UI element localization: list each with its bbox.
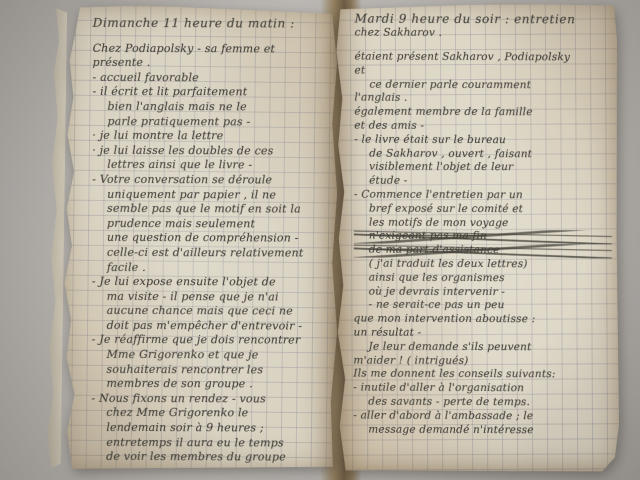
notebook-photo: Dimanche 11 heure du matin :Chez Podiapo… bbox=[0, 0, 640, 480]
handwritten-line: chez Sakharov . bbox=[355, 26, 613, 41]
handwritten-line: - il écrit et lit parfaitement bbox=[92, 85, 330, 100]
handwritten-line: · je lui laisse les doubles de ces bbox=[92, 143, 330, 158]
handwritten-line: étude - bbox=[354, 175, 612, 190]
handwritten-line: Je leur demande s'ils peuvent bbox=[353, 340, 611, 355]
handwritten-line: Mardi 9 heure du soir : entretien bbox=[355, 13, 613, 28]
right-page: Mardi 9 heure du soir : entretienchez Sa… bbox=[335, 3, 619, 472]
handwritten-line: semble pas que le motif en soit la bbox=[92, 202, 330, 217]
handwritten-line: lendemain soir à 9 heures ; bbox=[91, 421, 329, 436]
handwritten-line: - le livre était sur le bureau bbox=[354, 133, 612, 148]
handwritten-line: souhaiterais rencontrer les bbox=[91, 362, 329, 377]
handwritten-line: prudence mais seulement bbox=[92, 216, 330, 231]
handwritten-line: des savants - perte de temps. bbox=[353, 396, 611, 411]
handwritten-line: bien l'anglais mais ne le bbox=[92, 100, 330, 115]
handwritten-line: présente . bbox=[93, 56, 331, 71]
handwritten-line: où je devrais intervenir - bbox=[354, 285, 612, 300]
handwritten-line: lettres ainsi que le livre - bbox=[92, 158, 330, 173]
handwritten-line: facile . bbox=[92, 260, 330, 275]
handwritten-line: uniquement par papier , il ne bbox=[92, 187, 330, 202]
handwritten-line: · je lui montre la lettre bbox=[92, 129, 330, 144]
handwritten-line: de Sakharov , ouvert , faisant bbox=[354, 147, 612, 162]
handwritten-line: Mme Grigorenko et que je bbox=[92, 348, 330, 363]
handwritten-line: une question de compréhension - bbox=[92, 231, 330, 246]
handwritten-line: entretemps il aura eu le temps bbox=[91, 435, 329, 450]
handwritten-line: - inutile d'aller à l'organisation bbox=[353, 382, 611, 397]
handwritten-line: que mon intervention aboutisse : bbox=[354, 313, 612, 328]
handwritten-line: ainsi que les organismes bbox=[354, 271, 612, 286]
handwritten-line: membres de son groupe . bbox=[91, 377, 329, 392]
handwritten-line: n'exigeant pas ma fin bbox=[354, 230, 612, 245]
handwritten-line: chez Mme Grigorenko le bbox=[91, 406, 329, 421]
handwritten-line: celle-ci est d'ailleurs relativement bbox=[92, 246, 330, 261]
left-page: Dimanche 11 heure du matin :Chez Podiapo… bbox=[56, 5, 341, 472]
left-page-handwriting: Dimanche 11 heure du matin :Chez Podiapo… bbox=[91, 16, 331, 466]
handwritten-line: de voir les membres du groupe bbox=[91, 450, 329, 465]
handwritten-line: - Je lui expose ensuite l'objet de bbox=[92, 275, 330, 290]
handwritten-line: message demandé n'intéresse bbox=[353, 423, 611, 438]
handwritten-line: Chez Podiapolsky - sa femme et bbox=[93, 41, 331, 56]
handwritten-line: de ma part d'assistance bbox=[354, 244, 612, 259]
handwritten-line: ce dernier parle couramment bbox=[354, 78, 612, 93]
handwritten-line: - ne serait-ce pas un peu bbox=[354, 299, 612, 314]
handwritten-line: aucune chance mais que ceci ne bbox=[92, 304, 330, 319]
handwritten-line: également membre de la famille bbox=[354, 106, 612, 121]
handwritten-line: - Je réaffirme que je dois rencontrer bbox=[92, 333, 330, 348]
handwritten-line: - accueil favorable bbox=[93, 71, 331, 86]
handwritten-line: et des amis - bbox=[354, 120, 612, 135]
handwritten-line: doit pas m'empêcher d'entrevoir - bbox=[92, 319, 330, 334]
handwritten-line: un résultat - bbox=[354, 327, 612, 342]
handwritten-line: bref exposé sur le comité et bbox=[354, 202, 612, 217]
handwritten-line: les motifs de mon voyage bbox=[354, 216, 612, 231]
right-page-handwriting: Mardi 9 heure du soir : entretienchez Sa… bbox=[353, 13, 612, 438]
left-page-paper: Dimanche 11 heure du matin :Chez Podiapo… bbox=[56, 5, 341, 472]
handwritten-line: Dimanche 11 heure du matin : bbox=[93, 16, 331, 31]
handwritten-line: - Votre conversation se déroule bbox=[92, 173, 330, 188]
handwritten-line: Ils me donnent les conseils suivants: bbox=[353, 368, 611, 383]
handwritten-line: ma visite - il pense que je n'ai bbox=[92, 289, 330, 304]
handwritten-line: l'anglais . bbox=[354, 92, 612, 107]
handwritten-line: - Nous fixons un rendez - vous bbox=[91, 392, 329, 407]
handwritten-line: - Commence l'entretien par un bbox=[354, 189, 612, 204]
handwritten-line: et bbox=[354, 64, 612, 79]
handwritten-line: - aller d'abord à l'ambassade ; le bbox=[353, 409, 611, 424]
handwritten-line: ( j'ai traduit les deux lettres) bbox=[354, 258, 612, 273]
handwritten-line bbox=[93, 30, 331, 42]
right-page-paper: Mardi 9 heure du soir : entretienchez Sa… bbox=[335, 3, 619, 472]
handwritten-line: parle pratiquement pas - bbox=[92, 114, 330, 129]
handwritten-line: étaient présent Sakharov , Podiapolsky bbox=[354, 51, 612, 66]
handwritten-line: visiblement l'objet de leur bbox=[354, 161, 612, 176]
handwritten-line: m'aider ! ( intrigués) bbox=[353, 354, 611, 369]
